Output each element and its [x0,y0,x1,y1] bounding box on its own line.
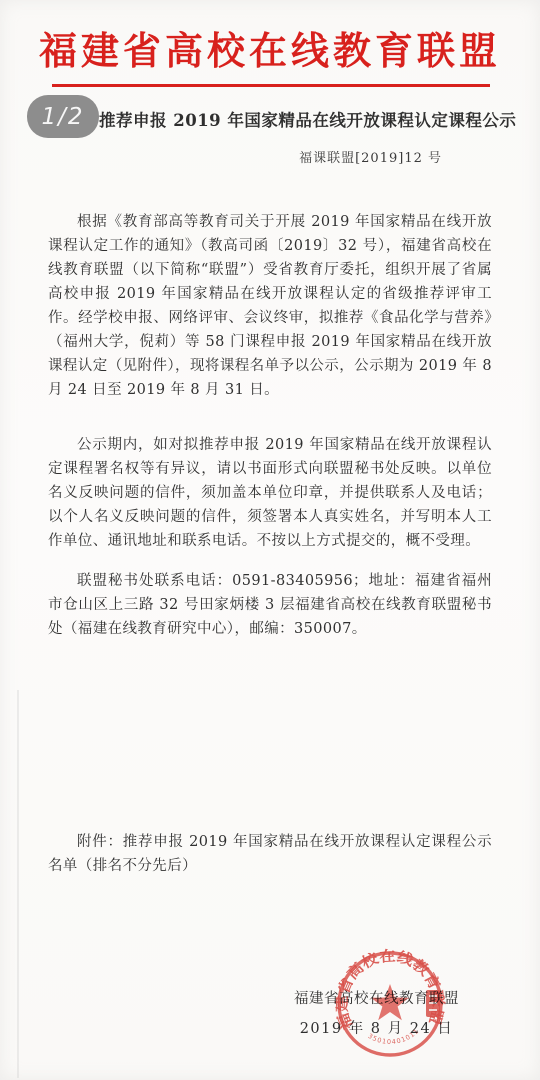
official-seal: 福建省高校在线教育联盟 35010401011 [334,948,446,1060]
seal-serial-number: 35010401011 [367,1027,421,1046]
page-number-label: 1/2 [41,104,84,130]
attachment-note: 附件：推荐申报 2019 年国家精品在线开放课程认定课程公示名单（排名不分先后） [48,830,492,878]
letterhead-title: 福建省高校在线教育联盟 [0,20,540,75]
seal-security-box [426,990,440,1017]
page-number-badge: 1/2 [27,95,99,138]
star-icon [371,984,409,1020]
paragraph-contact-info: 联盟秘书处联系电话：0591-83405956；地址：福建省福州市仓山区上三路 … [48,569,492,641]
paragraph-objection-procedure: 公示期内，如对拟推荐申报 2019 年国家精品在线开放课程认定课程署名权等有异议… [48,433,492,553]
scanned-notice-page: 福建省高校在线教育联盟 1/2 推荐申报 2019 年国家精品在线开放课程认定课… [0,0,540,1080]
letterhead-divider [52,84,490,87]
document-title: 推荐申报 2019 年国家精品在线开放课程认定课程公示 [99,105,500,137]
svg-text:35010401011: 35010401011 [367,1027,421,1046]
scan-edge-artifact [17,690,19,1078]
document-number: 福课联盟[2019]12 号 [299,147,442,166]
paragraph-basis: 根据《教育部高等教育司关于开展 2019 年国家精品在线开放课程认定工作的通知》… [48,210,492,402]
